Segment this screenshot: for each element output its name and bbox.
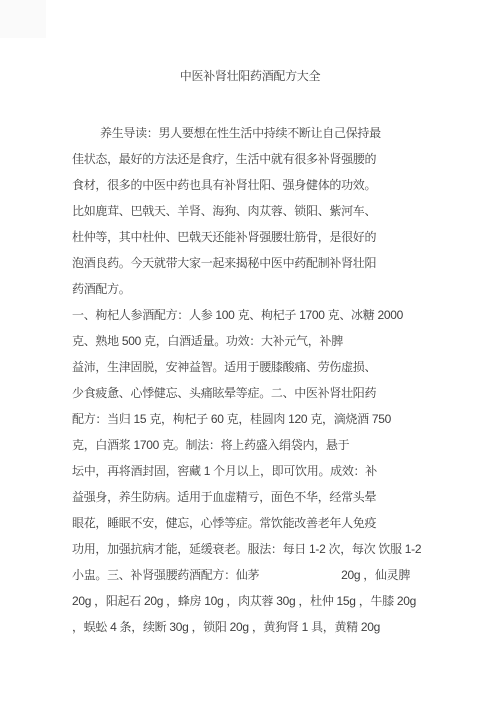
corner-artifact — [0, 0, 46, 38]
text-line: 益强身，养生防病。适用于血虚精亏，面色不华，经常头晕 — [72, 484, 432, 510]
text-line: 泡酒良药。今天就带大家一起来揭秘中医中药配制补肾壮阳 — [72, 250, 432, 276]
text-line: 食材，很多的中医中药也具有补肾壮阳、强身健体的功效。 — [72, 172, 432, 198]
document-title: 中医补肾壮阳药酒配方大全 — [0, 63, 500, 89]
text-line: 眼花，睡眠不安，健忘，心悸等症。常饮能改善老年人免疫 — [72, 510, 432, 536]
text-line: 杜仲等，其中杜仲、巴戟天还能补肾强腰壮筋骨，是很好的 — [72, 224, 432, 250]
text-line: 益沛，生津固脱，安神益智。适用于腰膝酸痛、劳伤虚损、 — [72, 354, 432, 380]
text-line: 克、熟地 500 克，白酒适量。功效：大补元气，补脾 — [72, 328, 432, 354]
text-line: 一、枸杞人参酒配方：人参 100 克、枸杞子 1700 克、冰糖 2000 — [72, 302, 432, 328]
text-line: 养生导读：男人要想在性生活中持续不断让自己保持最 — [72, 120, 432, 146]
text-line: 药酒配方。 — [72, 276, 432, 302]
text-line: 比如鹿茸、巴戟天、羊肾、海狗、肉苁蓉、锁阳、紫河车、 — [72, 198, 432, 224]
text-line: 小盅。三、补肾强腰药酒配方：仙茅 20g ，仙灵脾 — [72, 562, 432, 588]
document-page: 中医补肾壮阳药酒配方大全 养生导读：男人要想在性生活中持续不断让自己保持最 佳状… — [0, 0, 500, 708]
document-body: 养生导读：男人要想在性生活中持续不断让自己保持最 佳状态，最好的方法还是食疗，生… — [72, 120, 432, 640]
text-line: 功用，加强抗病才能，延缓衰老。服法：每日 1-2 次，每次 饮服 1-2 — [72, 536, 432, 562]
text-line: ，蜈蚣 4 条，续断 30g ，锁阳 20g ，黄狗肾 1 具，黄精 20g — [72, 614, 432, 640]
text-line: 20g ，阳起石 20g ，蜂房 10g ，肉苁蓉 30g ，杜仲 15g ，牛… — [72, 588, 432, 614]
text-line: 少食疲惫、心悸健忘、头痛眩晕等症。二、中医补肾壮阳药 — [72, 380, 432, 406]
text-line: 坛中，再将酒封固，窖藏 1 个月以上，即可饮用。成效：补 — [72, 458, 432, 484]
text-line: 佳状态，最好的方法还是食疗，生活中就有很多补肾强腰的 — [72, 146, 432, 172]
text-line: 配方：当归 15 克，枸杞子 60 克，桂圆肉 120 克，滴烧酒 750 — [72, 406, 432, 432]
text-line: 克，白酒浆 1700 克。制法：将上药盛入绢袋内，悬于 — [72, 432, 432, 458]
